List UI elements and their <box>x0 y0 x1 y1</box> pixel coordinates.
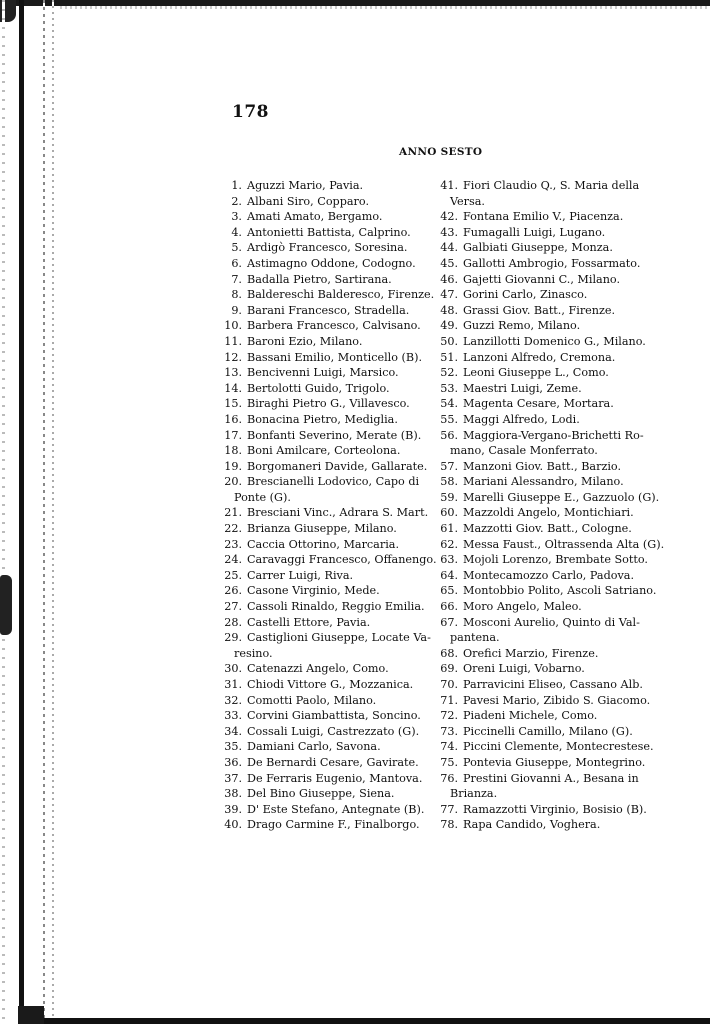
list-item: 25.Carrer Luigi, Riva. <box>222 568 437 584</box>
item-text: Mariani Alessandro, Milano. <box>463 474 648 490</box>
book-spine-line <box>19 0 24 1024</box>
item-text: Galbiati Giuseppe, Monza. <box>463 240 648 256</box>
item-number: 2. <box>222 194 242 210</box>
item-number: 22. <box>222 521 242 537</box>
item-number: 56. <box>438 428 458 444</box>
item-number: 58. <box>438 474 458 490</box>
item-number: 37. <box>222 771 242 787</box>
item-number: 75. <box>438 755 458 771</box>
list-item: 18.Boni Amilcare, Corteolona. <box>222 443 437 459</box>
list-item: 5.Ardigò Francesco, Soresina. <box>222 240 437 256</box>
item-number: 10. <box>222 318 242 334</box>
scan-left-noise <box>2 0 5 1024</box>
list-item: 59.Marelli Giuseppe E., Gazzuolo (G). <box>438 490 648 506</box>
list-item: 19.Borgomaneri Davide, Gallarate. <box>222 459 437 475</box>
item-text: Piadeni Michele, Como. <box>463 708 648 724</box>
item-text: Montecamozzo Carlo, Padova. <box>463 568 648 584</box>
list-item: 76.Prestini Giovanni A., Besana in <box>438 771 648 787</box>
list-item: 4.Antonietti Battista, Calprino. <box>222 225 437 241</box>
item-number: 45. <box>438 256 458 272</box>
item-number: 46. <box>438 272 458 288</box>
list-item: 49.Guzzi Remo, Milano. <box>438 318 648 334</box>
list-item: 58.Mariani Alessandro, Milano. <box>438 474 648 490</box>
item-text: Carrer Luigi, Riva. <box>247 568 437 584</box>
list-item: 30.Catenazzi Angelo, Como. <box>222 661 437 677</box>
item-text: Brescianelli Lodovico, Capo di <box>247 474 437 490</box>
item-text: Gallotti Ambrogio, Fossarmato. <box>463 256 648 272</box>
item-text: Pavesi Mario, Zibido S. Giacomo. <box>463 693 650 709</box>
item-number: 6. <box>222 256 242 272</box>
item-number: 76. <box>438 771 458 787</box>
list-item: 50.Lanzillotti Domenico G., Milano. <box>438 334 648 350</box>
item-number: 66. <box>438 599 458 615</box>
item-text: Oreni Luigi, Vobarno. <box>463 661 648 677</box>
item-text: Grassi Giov. Batt., Firenze. <box>463 303 648 319</box>
page-number: 178 <box>232 102 269 122</box>
item-number: 78. <box>438 817 458 833</box>
list-item: 8.Baldereschi Balderesco, Firenze. <box>222 287 437 303</box>
item-text: Bonacina Pietro, Mediglia. <box>247 412 437 428</box>
item-number: 8. <box>222 287 242 303</box>
item-number: 54. <box>438 396 458 412</box>
list-item: 37.De Ferraris Eugenio, Mantova. <box>222 771 437 787</box>
item-number: 57. <box>438 459 458 475</box>
item-text: Maggiora-Vergano-Brichetti Ro- <box>463 428 648 444</box>
item-number: 48. <box>438 303 458 319</box>
item-text: Piccini Clemente, Montecrestese. <box>463 739 654 755</box>
item-text: Biraghi Pietro G., Villavesco. <box>247 396 437 412</box>
item-text: Messa Faust., Oltrassenda Alta (G). <box>463 537 664 553</box>
item-number: 51. <box>438 350 458 366</box>
list-item: 78.Rapa Candido, Voghera. <box>438 817 648 833</box>
item-number: 53. <box>438 381 458 397</box>
item-text-continuation: Ponte (G). <box>222 490 437 506</box>
item-number: 24. <box>222 552 242 568</box>
item-number: 67. <box>438 615 458 631</box>
item-number: 19. <box>222 459 242 475</box>
item-number: 3. <box>222 209 242 225</box>
list-item: 62.Messa Faust., Oltrassenda Alta (G). <box>438 537 648 553</box>
list-item: 26.Casone Virginio, Mede. <box>222 583 437 599</box>
item-number: 52. <box>438 365 458 381</box>
item-number: 7. <box>222 272 242 288</box>
list-item: 35.Damiani Carlo, Savona. <box>222 739 437 755</box>
list-item: 7.Badalla Pietro, Sartirana. <box>222 272 437 288</box>
list-item: 54.Magenta Cesare, Mortara. <box>438 396 648 412</box>
list-item: 53.Maestri Luigi, Zeme. <box>438 381 648 397</box>
item-number: 14. <box>222 381 242 397</box>
item-number: 69. <box>438 661 458 677</box>
list-item: 34.Cossali Luigi, Castrezzato (G). <box>222 724 437 740</box>
item-text: Borgomaneri Davide, Gallarate. <box>247 459 437 475</box>
item-number: 29. <box>222 630 242 646</box>
list-item: 64.Montecamozzo Carlo, Padova. <box>438 568 648 584</box>
item-text: Manzoni Giov. Batt., Barzio. <box>463 459 648 475</box>
list-item: 72.Piadeni Michele, Como. <box>438 708 648 724</box>
item-number: 40. <box>222 817 242 833</box>
item-text: Lanzoni Alfredo, Cremona. <box>463 350 648 366</box>
item-text: Ardigò Francesco, Soresina. <box>247 240 437 256</box>
item-text-continuation: mano, Casale Monferrato. <box>438 443 648 459</box>
item-number: 20. <box>222 474 242 490</box>
item-text: Cossali Luigi, Castrezzato (G). <box>247 724 437 740</box>
list-item: 69.Oreni Luigi, Vobarno. <box>438 661 648 677</box>
item-number: 39. <box>222 802 242 818</box>
scan-bottom-edge <box>40 1018 710 1024</box>
list-item: 32.Comotti Paolo, Milano. <box>222 693 437 709</box>
list-item: 39.D' Este Stefano, Antegnate (B). <box>222 802 437 818</box>
list-item: 3.Amati Amato, Bergamo. <box>222 209 437 225</box>
list-item: 57.Manzoni Giov. Batt., Barzio. <box>438 459 648 475</box>
item-text: Albani Siro, Copparo. <box>247 194 437 210</box>
item-number: 9. <box>222 303 242 319</box>
item-number: 49. <box>438 318 458 334</box>
item-text: Comotti Paolo, Milano. <box>247 693 437 709</box>
list-item: 29.Castiglioni Giuseppe, Locate Va- <box>222 630 437 646</box>
item-text: De Bernardi Cesare, Gavirate. <box>247 755 437 771</box>
list-item: 21.Bresciani Vinc., Adrara S. Mart. <box>222 505 437 521</box>
item-text: Gorini Carlo, Zinasco. <box>463 287 648 303</box>
item-text: Mazzotti Giov. Batt., Cologne. <box>463 521 648 537</box>
item-number: 5. <box>222 240 242 256</box>
item-number: 4. <box>222 225 242 241</box>
item-number: 71. <box>438 693 458 709</box>
item-text-continuation: Brianza. <box>438 786 648 802</box>
list-item: 56.Maggiora-Vergano-Brichetti Ro- <box>438 428 648 444</box>
list-item: 47.Gorini Carlo, Zinasco. <box>438 287 648 303</box>
item-text: Antonietti Battista, Calprino. <box>247 225 437 241</box>
item-number: 27. <box>222 599 242 615</box>
list-item: 6.Astimagno Oddone, Codogno. <box>222 256 437 272</box>
item-number: 68. <box>438 646 458 662</box>
item-number: 28. <box>222 615 242 631</box>
item-text: Castelli Ettore, Pavia. <box>247 615 437 631</box>
item-number: 34. <box>222 724 242 740</box>
item-text: Fontana Emilio V., Piacenza. <box>463 209 648 225</box>
item-text: Maggi Alfredo, Lodi. <box>463 412 648 428</box>
item-text: Corvini Giambattista, Soncino. <box>247 708 437 724</box>
item-number: 42. <box>438 209 458 225</box>
item-text: Leoni Giuseppe L., Como. <box>463 365 648 381</box>
item-text: Piccinelli Camillo, Milano (G). <box>463 724 648 740</box>
item-text: Bonfanti Severino, Merate (B). <box>247 428 437 444</box>
list-item: 17.Bonfanti Severino, Merate (B). <box>222 428 437 444</box>
list-item: 73.Piccinelli Camillo, Milano (G). <box>438 724 648 740</box>
item-number: 72. <box>438 708 458 724</box>
list-item: 77.Ramazzotti Virginio, Bosisio (B). <box>438 802 648 818</box>
list-item: 61.Mazzotti Giov. Batt., Cologne. <box>438 521 648 537</box>
list-item: 20.Brescianelli Lodovico, Capo di <box>222 474 437 490</box>
item-text: Del Bino Giuseppe, Siena. <box>247 786 437 802</box>
item-text: Caccia Ottorino, Marcaria. <box>247 537 437 553</box>
item-text: Guzzi Remo, Milano. <box>463 318 648 334</box>
item-text: Damiani Carlo, Savona. <box>247 739 437 755</box>
list-item: 22.Brianza Giuseppe, Milano. <box>222 521 437 537</box>
item-number: 60. <box>438 505 458 521</box>
item-number: 44. <box>438 240 458 256</box>
list-item: 75.Pontevia Giuseppe, Montegrino. <box>438 755 648 771</box>
list-item: 13.Bencivenni Luigi, Marsico. <box>222 365 437 381</box>
list-item: 40.Drago Carmine F., Finalborgo. <box>222 817 437 833</box>
item-number: 1. <box>222 178 242 194</box>
right-column-list: 41.Fiori Claudio Q., S. Maria dellaVersa… <box>438 178 648 833</box>
item-number: 12. <box>222 350 242 366</box>
item-number: 64. <box>438 568 458 584</box>
list-item: 16.Bonacina Pietro, Mediglia. <box>222 412 437 428</box>
item-text: Rapa Candido, Voghera. <box>463 817 648 833</box>
item-text: Lanzillotti Domenico G., Milano. <box>463 334 648 350</box>
item-number: 15. <box>222 396 242 412</box>
list-item: 74.Piccini Clemente, Montecrestese. <box>438 739 648 755</box>
item-text: Drago Carmine F., Finalborgo. <box>247 817 437 833</box>
item-number: 70. <box>438 677 458 693</box>
list-item: 1.Aguzzi Mario, Pavia. <box>222 178 437 194</box>
item-text: Amati Amato, Bergamo. <box>247 209 437 225</box>
item-number: 77. <box>438 802 458 818</box>
book-spine-shadow-2 <box>52 0 54 1024</box>
list-item: 12.Bassani Emilio, Monticello (B). <box>222 350 437 366</box>
item-number: 31. <box>222 677 242 693</box>
list-item: 45.Gallotti Ambrogio, Fossarmato. <box>438 256 648 272</box>
left-column-list: 1.Aguzzi Mario, Pavia.2.Albani Siro, Cop… <box>222 178 437 833</box>
item-text: Badalla Pietro, Sartirana. <box>247 272 437 288</box>
item-text-continuation: resino. <box>222 646 437 662</box>
item-text: Barbera Francesco, Calvisano. <box>247 318 437 334</box>
list-item: 42.Fontana Emilio V., Piacenza. <box>438 209 648 225</box>
list-item: 52.Leoni Giuseppe L., Como. <box>438 365 648 381</box>
item-text: Mazzoldi Angelo, Montichiari. <box>463 505 648 521</box>
book-spine-shadow <box>43 0 45 1024</box>
item-text: Prestini Giovanni A., Besana in <box>463 771 648 787</box>
list-item: 67.Mosconi Aurelio, Quinto di Val- <box>438 615 648 631</box>
item-number: 16. <box>222 412 242 428</box>
item-text: Orefici Marzio, Firenze. <box>463 646 648 662</box>
item-text: Maestri Luigi, Zeme. <box>463 381 648 397</box>
item-text: Astimagno Oddone, Codogno. <box>247 256 437 272</box>
item-number: 18. <box>222 443 242 459</box>
scan-clip-mark <box>0 575 12 635</box>
item-text-continuation: pantena. <box>438 630 648 646</box>
list-item: 38.Del Bino Giuseppe, Siena. <box>222 786 437 802</box>
item-number: 21. <box>222 505 242 521</box>
list-item: 14.Bertolotti Guido, Trigolo. <box>222 381 437 397</box>
item-text: Mosconi Aurelio, Quinto di Val- <box>463 615 648 631</box>
item-number: 13. <box>222 365 242 381</box>
item-number: 74. <box>438 739 458 755</box>
list-item: 65.Montobbio Polito, Ascoli Satriano. <box>438 583 648 599</box>
list-item: 55.Maggi Alfredo, Lodi. <box>438 412 648 428</box>
list-item: 9.Barani Francesco, Stradella. <box>222 303 437 319</box>
item-number: 61. <box>438 521 458 537</box>
item-number: 50. <box>438 334 458 350</box>
item-text: Cassoli Rinaldo, Reggio Emilia. <box>247 599 437 615</box>
item-text: Bassani Emilio, Monticello (B). <box>247 350 437 366</box>
item-text: Fiori Claudio Q., S. Maria della <box>463 178 648 194</box>
item-number: 35. <box>222 739 242 755</box>
item-text: Fumagalli Luigi, Lugano. <box>463 225 648 241</box>
list-item: 36.De Bernardi Cesare, Gavirate. <box>222 755 437 771</box>
list-item: 24.Caravaggi Francesco, Offanengo. <box>222 552 437 568</box>
item-text: Bencivenni Luigi, Marsico. <box>247 365 437 381</box>
list-item: 48.Grassi Giov. Batt., Firenze. <box>438 303 648 319</box>
item-number: 38. <box>222 786 242 802</box>
list-item: 70.Parravicini Eliseo, Cassano Alb. <box>438 677 648 693</box>
item-text: Baldereschi Balderesco, Firenze. <box>247 287 437 303</box>
item-text: Gajetti Giovanni C., Milano. <box>463 272 648 288</box>
item-text: Caravaggi Francesco, Offanengo. <box>247 552 437 568</box>
item-text: Bresciani Vinc., Adrara S. Mart. <box>247 505 437 521</box>
list-item: 10.Barbera Francesco, Calvisano. <box>222 318 437 334</box>
list-item: 63.Mojoli Lorenzo, Brembate Sotto. <box>438 552 648 568</box>
item-number: 63. <box>438 552 458 568</box>
item-number: 33. <box>222 708 242 724</box>
list-item: 15.Biraghi Pietro G., Villavesco. <box>222 396 437 412</box>
list-item: 44.Galbiati Giuseppe, Monza. <box>438 240 648 256</box>
item-text: Marelli Giuseppe E., Gazzuolo (G). <box>463 490 659 506</box>
item-number: 17. <box>222 428 242 444</box>
item-text: Montobbio Polito, Ascoli Satriano. <box>463 583 656 599</box>
item-text-continuation: Versa. <box>438 194 648 210</box>
item-number: 25. <box>222 568 242 584</box>
item-number: 55. <box>438 412 458 428</box>
item-text: Bertolotti Guido, Trigolo. <box>247 381 437 397</box>
item-number: 32. <box>222 693 242 709</box>
item-number: 47. <box>438 287 458 303</box>
item-text: Chiodi Vittore G., Mozzanica. <box>247 677 437 693</box>
list-item: 41.Fiori Claudio Q., S. Maria della <box>438 178 648 194</box>
list-item: 2.Albani Siro, Copparo. <box>222 194 437 210</box>
item-number: 73. <box>438 724 458 740</box>
list-item: 68.Orefici Marzio, Firenze. <box>438 646 648 662</box>
item-text: Baroni Ezio, Milano. <box>247 334 437 350</box>
list-item: 31.Chiodi Vittore G., Mozzanica. <box>222 677 437 693</box>
item-text: Brianza Giuseppe, Milano. <box>247 521 437 537</box>
scan-top-edge-noise <box>60 6 710 9</box>
item-number: 11. <box>222 334 242 350</box>
item-number: 30. <box>222 661 242 677</box>
item-number: 23. <box>222 537 242 553</box>
list-item: 27.Cassoli Rinaldo, Reggio Emilia. <box>222 599 437 615</box>
list-item: 60.Mazzoldi Angelo, Montichiari. <box>438 505 648 521</box>
item-number: 43. <box>438 225 458 241</box>
list-item: 51.Lanzoni Alfredo, Cremona. <box>438 350 648 366</box>
list-item: 71.Pavesi Mario, Zibido S. Giacomo. <box>438 693 648 709</box>
item-text: Parravicini Eliseo, Cassano Alb. <box>463 677 648 693</box>
item-text: Casone Virginio, Mede. <box>247 583 437 599</box>
item-number: 36. <box>222 755 242 771</box>
list-item: 66.Moro Angelo, Maleo. <box>438 599 648 615</box>
item-text: Moro Angelo, Maleo. <box>463 599 648 615</box>
list-item: 43.Fumagalli Luigi, Lugano. <box>438 225 648 241</box>
item-text: Castiglioni Giuseppe, Locate Va- <box>247 630 437 646</box>
item-number: 41. <box>438 178 458 194</box>
item-number: 59. <box>438 490 458 506</box>
list-item: 28.Castelli Ettore, Pavia. <box>222 615 437 631</box>
item-text: Barani Francesco, Stradella. <box>247 303 437 319</box>
item-text: D' Este Stefano, Antegnate (B). <box>247 802 437 818</box>
item-text: De Ferraris Eugenio, Mantova. <box>247 771 437 787</box>
item-text: Catenazzi Angelo, Como. <box>247 661 437 677</box>
item-text: Boni Amilcare, Corteolona. <box>247 443 437 459</box>
list-item: 46.Gajetti Giovanni C., Milano. <box>438 272 648 288</box>
list-item: 11.Baroni Ezio, Milano. <box>222 334 437 350</box>
scan-bottom-corner <box>18 1006 44 1024</box>
item-text: Magenta Cesare, Mortara. <box>463 396 648 412</box>
list-item: 33.Corvini Giambattista, Soncino. <box>222 708 437 724</box>
section-title: ANNO SESTO <box>399 146 482 158</box>
item-number: 26. <box>222 583 242 599</box>
item-text: Pontevia Giuseppe, Montegrino. <box>463 755 648 771</box>
item-number: 62. <box>438 537 458 553</box>
list-item: 23.Caccia Ottorino, Marcaria. <box>222 537 437 553</box>
item-text: Ramazzotti Virginio, Bosisio (B). <box>463 802 648 818</box>
item-text: Aguzzi Mario, Pavia. <box>247 178 437 194</box>
item-number: 65. <box>438 583 458 599</box>
item-text: Mojoli Lorenzo, Brembate Sotto. <box>463 552 648 568</box>
